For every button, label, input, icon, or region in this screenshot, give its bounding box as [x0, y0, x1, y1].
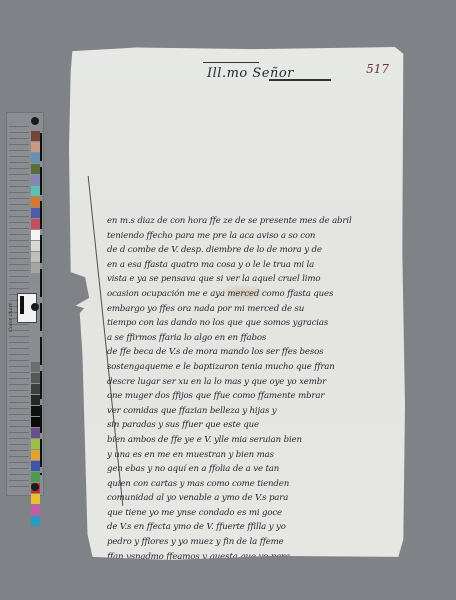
swatch-light-skin — [31, 142, 40, 152]
manuscript-line: gen ebas y no aquí en a ffolia de a ve t… — [107, 462, 403, 477]
manuscript-line: sin paradas y sus ffuer que este que — [107, 418, 403, 433]
swatch-gap-6 — [31, 340, 40, 350]
manuscript-line: one muger dos ffijos que ffue como ffame… — [107, 389, 403, 404]
manuscript-line: de V.s en ffecta ymo de V. ffuerte ffill… — [107, 520, 403, 535]
manuscript-line: descre lugar ser xu en la lo mas y que o… — [107, 375, 403, 390]
swatch-gray-1 — [31, 362, 40, 372]
swatch-neutral-6.5 — [31, 252, 40, 262]
swatch-purplish-blue — [31, 208, 40, 218]
swatch-gap-5 — [31, 329, 40, 339]
chart-top-hole-icon — [31, 117, 39, 125]
chart-middle-hole-icon — [31, 303, 39, 311]
swatch-black — [31, 406, 40, 416]
swatch-gray-4 — [31, 395, 40, 405]
manuscript-line: sostengaqueme e le baptizaron tenia much… — [107, 360, 403, 375]
manuscript-line: ocasion ocupación me e aya merced como f… — [107, 287, 403, 302]
manuscript-line: que tiene yo me ynse condado es mi goce — [107, 506, 403, 521]
swatch-gray-3 — [31, 384, 40, 394]
manuscript-line: teniendo ffecho para me pre la aca aviso… — [107, 229, 403, 244]
swatch-orange — [31, 197, 40, 207]
swatch-purple — [31, 428, 40, 438]
manuscript-line: de ffe beca de V.s de mora mando los ser… — [107, 345, 403, 360]
swatch-cyan — [31, 516, 40, 526]
swatch-green — [31, 472, 40, 482]
color-calibration-chart: Color chart — [6, 112, 44, 496]
chart-bottom-hole-icon — [31, 483, 39, 491]
swatch-neutral-5 — [31, 263, 40, 273]
swatch-gray-2 — [31, 373, 40, 383]
swatch-yellow — [31, 494, 40, 504]
swatch-yellow-green — [31, 439, 40, 449]
manuscript-line: en a esa ffasta quatro ma cosa y o le le… — [107, 258, 403, 273]
swatch-moderate-red — [31, 219, 40, 229]
swatch-magenta — [31, 505, 40, 515]
scan-background: Color chart 517 Ill.mo Señor en m.s diaz… — [0, 0, 456, 600]
swatch-gap-7 — [31, 351, 40, 361]
swatch-bluish-green — [31, 186, 40, 196]
manuscript-sheet: 517 Ill.mo Señor en m.s diaz de con hora… — [69, 46, 405, 560]
letter-body: en m.s diaz de con hora ffe ze de se pre… — [107, 214, 403, 564]
manuscript-line: ver comidas que ffazian belleza y hijas … — [107, 404, 403, 419]
swatch-foliage — [31, 164, 40, 174]
letter-heading: Ill.mo Señor — [207, 66, 294, 81]
chart-swatch-column — [31, 131, 40, 527]
manuscript-line: embargo yo ffes ora nada por mi merced d… — [107, 302, 403, 317]
manuscript-line: ffan ysnadmo ffeamos y questa que yo par… — [107, 550, 403, 565]
manuscript-line: de d combe de V. desp. diembre de lo de … — [107, 243, 403, 258]
manuscript-line: comunidad al yo venable a ymo de V.s par… — [107, 491, 403, 506]
manuscript-line: tiempo con las dando no los que que somo… — [107, 316, 403, 331]
folio-number: 517 — [366, 62, 389, 76]
manuscript-line: vista e ya se pensava que si ver la aque… — [107, 272, 403, 287]
swatch-orange-yellow — [31, 450, 40, 460]
swatch-neutral-3.5 — [31, 274, 40, 284]
swatch-blue-sky — [31, 153, 40, 163]
manuscript-line: en m.s diaz de con hora ffe ze de se pre… — [107, 214, 403, 229]
swatch-blue-flower — [31, 175, 40, 185]
swatch-blue — [31, 461, 40, 471]
chart-brand-label: Color chart — [8, 303, 14, 332]
manuscript-line: a se ffirmos ffaria lo algo en en ffabos — [107, 331, 403, 346]
manuscript-line: bien ambos de ffe ye e V. ylle mia serui… — [107, 433, 403, 448]
manuscript-line: quien con cartas y mas como come tienden — [107, 477, 403, 492]
chart-edge-markers — [40, 133, 42, 475]
swatch-black-2 — [31, 417, 40, 427]
manuscript-line: y una es en me en muestran y bien mas — [107, 448, 403, 463]
swatch-dark-brown — [31, 131, 40, 141]
swatch-white — [31, 230, 40, 240]
manuscript-line: pedro y fflores y yo muez y fin de la ff… — [107, 535, 403, 550]
swatch-neutral-8 — [31, 241, 40, 251]
